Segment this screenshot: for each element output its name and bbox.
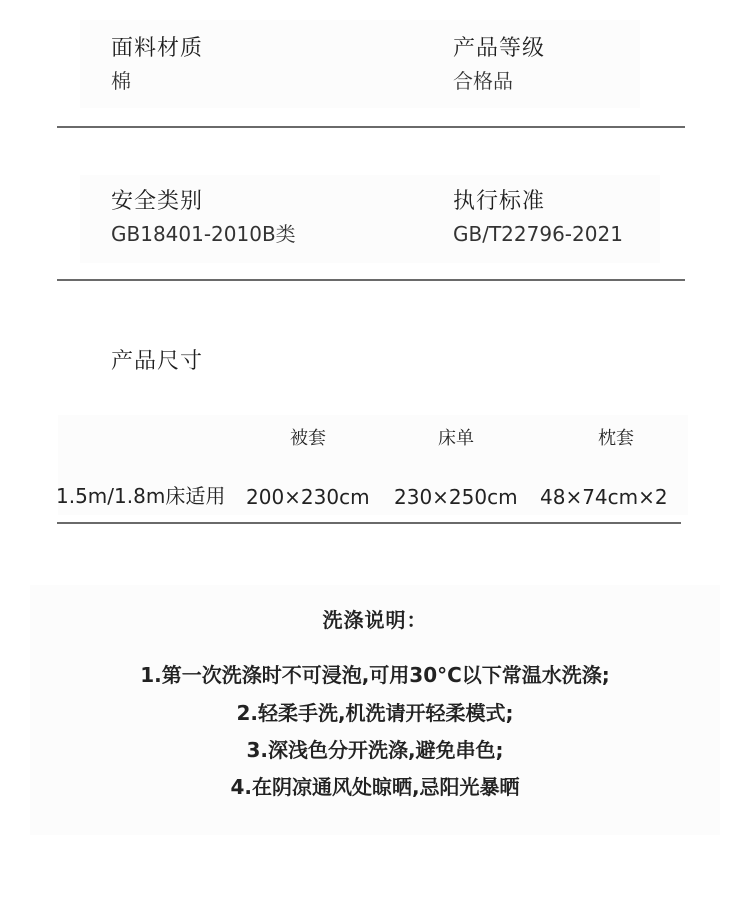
spec-label-grade: 产品等级	[453, 36, 545, 62]
spec-value-standard: GB/T22796-2021	[453, 222, 623, 246]
spec-value-material: 棉	[111, 69, 131, 93]
washing-title: 洗涤说明：	[0, 604, 750, 633]
washing-instruction-3: 3.深浅色分开洗涤,避免串色;	[0, 734, 750, 763]
column-header-duvet-cover: 被套	[268, 428, 348, 450]
spec-label-material: 面料材质	[111, 36, 203, 62]
washing-instruction-1: 1.第一次洗涤时不可浸泡,可用30°C以下常温水洗涤;	[0, 659, 750, 688]
size-row-bed: 1.5m/1.8m床适用	[56, 484, 225, 508]
divider-2	[57, 279, 685, 281]
size-section-title: 产品尺寸	[111, 349, 203, 375]
spec-panel-1	[80, 20, 640, 108]
size-row-duvet-cover: 200×230cm	[246, 485, 370, 509]
spec-label-standard: 执行标准	[453, 189, 545, 215]
column-header-bed-sheet: 床单	[416, 428, 496, 450]
divider-1	[57, 126, 685, 128]
spec-value-grade: 合格品	[453, 69, 513, 93]
column-header-pillowcase: 枕套	[576, 428, 656, 450]
washing-instruction-4: 4.在阴凉通风处晾晒,忌阳光暴晒	[0, 771, 750, 800]
spec-value-safety: GB18401-2010B类	[111, 222, 296, 246]
size-row-bed-sheet: 230×250cm	[394, 485, 518, 509]
spec-label-safety: 安全类别	[111, 189, 203, 215]
size-row-pillowcase: 48×74cm×2	[540, 485, 668, 509]
divider-3	[57, 522, 681, 524]
washing-instruction-2: 2.轻柔手洗,机洗请开轻柔模式;	[0, 697, 750, 726]
